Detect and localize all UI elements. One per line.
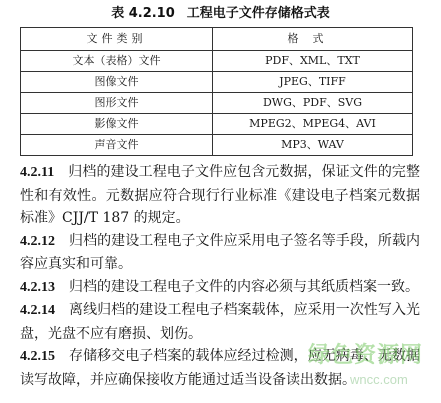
- format-cell: JPEG、TIFF: [213, 72, 413, 93]
- table-row: 影像文件 MPEG2、MPEG4、AVI: [21, 114, 413, 135]
- watermark-logo: 绿色资源网: [308, 344, 423, 368]
- clause-number: 4.2.12: [20, 234, 55, 249]
- clause-number: 4.2.14: [20, 303, 55, 318]
- clause-text: 归档的建设工程电子文件应采用电子签名等手段，所载内容应真实和可靠。: [20, 233, 420, 273]
- clause-number: 4.2.11: [20, 165, 54, 180]
- clause-text: 归档的建设工程电子文件的内容必须与其纸质档案一致。: [69, 279, 419, 295]
- category-cell: 声音文件: [21, 135, 213, 156]
- category-cell: 图像文件: [21, 72, 213, 93]
- clause-text: 归档的建设工程电子文件应包含元数据，保证文件的完整性和有效性。元数据应符合现行行…: [20, 164, 420, 226]
- clause-4-2-12: 4.2.12归档的建设工程电子文件应采用电子签名等手段，所载内容应真实和可靠。: [20, 230, 420, 276]
- clause-4-2-14: 4.2.14离线归档的建设工程电子档案载体，应采用一次性写入光盘，光盘不应有磨损…: [20, 299, 420, 345]
- table-row: 图像文件 JPEG、TIFF: [21, 72, 413, 93]
- category-cell: 影像文件: [21, 114, 213, 135]
- clause-4-2-13: 4.2.13归档的建设工程电子文件的内容必须与其纸质档案一致。: [20, 276, 420, 300]
- clause-text: 离线归档的建设工程电子档案载体，应采用一次性写入光盘，光盘不应有磨损、划伤。: [20, 302, 420, 342]
- table-row: 图形文件 DWG、PDF、SVG: [21, 93, 413, 114]
- watermark-url: wncc.com: [350, 372, 408, 388]
- format-cell: MP3、WAV: [213, 135, 413, 156]
- format-cell: MPEG2、MPEG4、AVI: [213, 114, 413, 135]
- table-caption: 表 4.2.10工程电子文件存储格式表: [0, 4, 441, 24]
- header-file-category: 文件类别: [21, 28, 213, 51]
- clause-4-2-11: 4.2.11归档的建设工程电子文件应包含元数据，保证文件的完整性和有效性。元数据…: [20, 161, 420, 230]
- category-cell: 图形文件: [21, 93, 213, 114]
- clause-number: 4.2.15: [20, 349, 55, 364]
- table-row: 文本（表格）文件 PDF、XML、TXT: [21, 51, 413, 72]
- clause-number: 4.2.13: [20, 280, 55, 295]
- table-number: 表 4.2.10: [111, 6, 175, 21]
- header-format: 格式: [213, 28, 413, 51]
- table-header-row: 文件类别 格式: [21, 28, 413, 51]
- storage-format-table: 文件类别 格式 文本（表格）文件 PDF、XML、TXT 图像文件 JPEG、T…: [20, 27, 413, 156]
- format-cell: PDF、XML、TXT: [213, 51, 413, 72]
- table-row: 声音文件 MP3、WAV: [21, 135, 413, 156]
- format-cell: DWG、PDF、SVG: [213, 93, 413, 114]
- table-title: 工程电子文件存储格式表: [187, 6, 330, 21]
- category-cell: 文本（表格）文件: [21, 51, 213, 72]
